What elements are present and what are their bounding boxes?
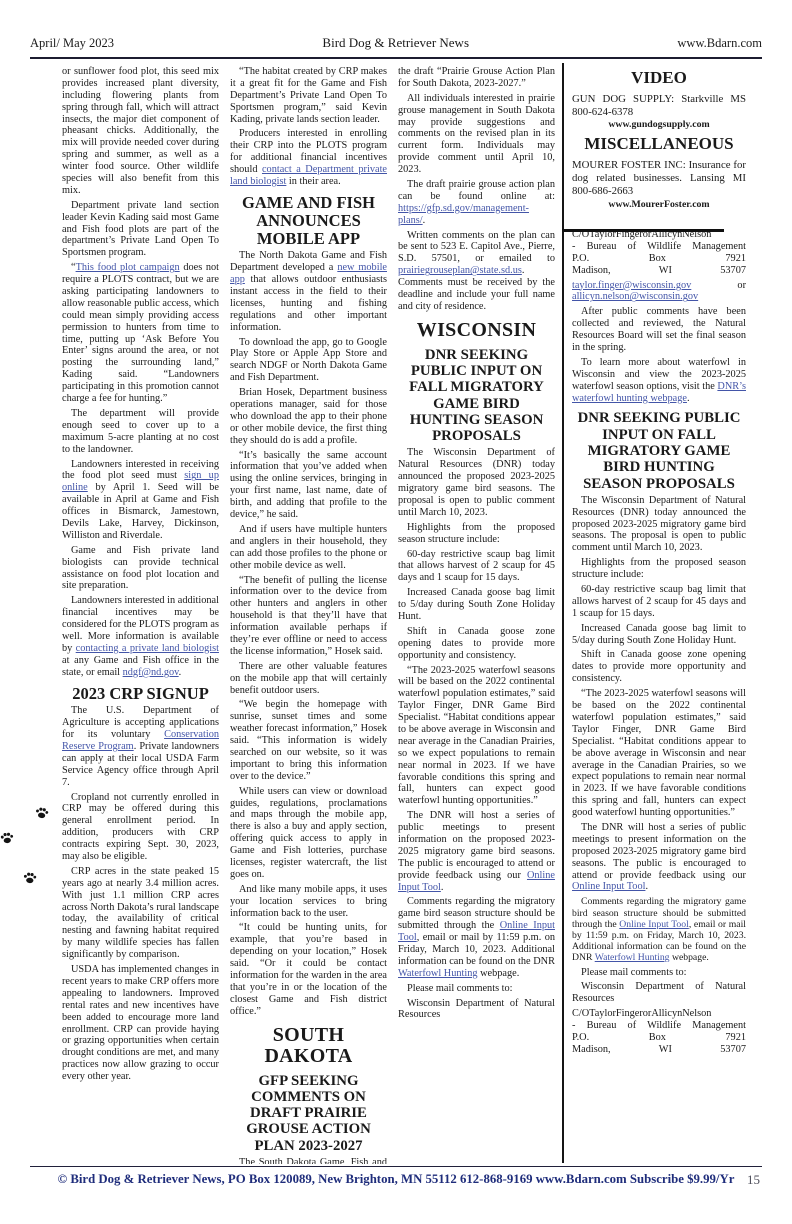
classifieds-box: VIDEOGUN DOG SUPPLY: Starkville MS 800-6…	[572, 66, 746, 229]
inline-link[interactable]: This food plot campaign	[76, 262, 180, 273]
paragraph: The department will provide enough seed …	[62, 408, 219, 456]
inline-link[interactable]: prairiegrouseplan@state.sd.us	[398, 265, 522, 276]
page-number: 15	[747, 1172, 760, 1188]
paragraph: After public comments have been collecte…	[572, 306, 746, 354]
paragraph: 60-day restrictive scaup bag limit that …	[398, 549, 555, 585]
paragraph: “The habitat created by CRP makes it a g…	[230, 66, 387, 125]
paragraph: Cropland not currently enrolled in CRP m…	[62, 792, 219, 863]
paragraph: All individuals interested in prairie gr…	[398, 93, 555, 176]
paragraph: the draft “Prairie Grouse Action Plan fo…	[398, 66, 555, 90]
paragraph: Landowners interested in additional fina…	[62, 595, 219, 678]
column-1: or sunflower food plot, this seed mix pr…	[62, 66, 219, 1164]
paragraph: The DNR will host a series of public mee…	[572, 822, 746, 893]
paragraph: Comments regarding the migratory game bi…	[398, 896, 555, 979]
article-heading: WISCONSIN	[398, 320, 555, 341]
address-line: P.O. Box 7921	[572, 1032, 746, 1044]
paragraph: “It could be hunting units, for example,…	[230, 922, 387, 1017]
paragraph: Landowners interested in receiving the f…	[62, 459, 219, 542]
newspaper-page: April/ May 2023 Bird Dog & Retriever New…	[0, 0, 792, 1224]
header-rule	[30, 57, 762, 59]
paw-print-icon	[34, 805, 50, 820]
ad-listing: MOURER FOSTER INC: Insurance for dog rel…	[572, 159, 746, 197]
paragraph: “We begin the homepage with sunrise, sun…	[230, 699, 387, 782]
article-heading: GAME AND FISH ANNOUNCES MOBILE APP	[230, 194, 387, 247]
ad-category-heading: MISCELLANEOUS	[572, 134, 746, 154]
inline-link[interactable]: sign up online	[62, 470, 219, 493]
address-line: C/OTaylorFingerorAllicynNelson	[572, 1008, 746, 1020]
paragraph: The draft prairie grouse action plan can…	[398, 179, 555, 227]
article-heading: SOUTH DAKOTA	[230, 1025, 387, 1067]
paragraph: The Wisconsin Department of Natural Reso…	[398, 447, 555, 518]
paragraph: Please mail comments to:	[572, 967, 746, 979]
paragraph: While users can view or download guides,…	[230, 786, 387, 881]
paragraph: Producers interested in enrolling their …	[230, 128, 387, 187]
column-3: the draft “Prairie Grouse Action Plan fo…	[398, 66, 555, 1164]
inline-link[interactable]: Online Input Tool	[619, 919, 689, 930]
paragraph: The South Dakota Game, Fish and Parks (G…	[230, 1157, 387, 1164]
paragraph: Comments regarding the migratory game bi…	[572, 896, 746, 963]
paragraph: “It’s basically the same account informa…	[230, 450, 387, 521]
website-label: www.Bdarn.com	[677, 36, 762, 51]
paragraph: or sunflower food plot, this seed mix pr…	[62, 66, 219, 197]
paragraph: “The 2023-2025 waterfowl seasons will be…	[398, 665, 555, 808]
paragraph: The North Dakota Game and Fish Departmen…	[230, 250, 387, 333]
paragraph: Wisconsin Department of Natural Resource…	[398, 998, 555, 1022]
address-line: P.O. Box 7921	[572, 253, 746, 265]
address-block: C/OTaylorFingerorAllicynNelson- Bureau o…	[572, 1008, 746, 1056]
paragraph: 60-day restrictive scaup bag limit that …	[572, 584, 746, 620]
inline-link[interactable]: Online Input Tool	[398, 870, 555, 893]
column-2: “The habitat created by CRP makes it a g…	[230, 66, 387, 1164]
paragraph: USDA has implemented changes in recent y…	[62, 964, 219, 1083]
article-heading: DNR SEEKING PUBLIC INPUT ON FALL MIGRATO…	[398, 347, 555, 445]
ad-listing: GUN DOG SUPPLY: Starkville MS 800-624-63…	[572, 93, 746, 118]
paragraph: Written comments on the plan can be sent…	[398, 230, 555, 313]
paragraph: Highlights from the proposed season stru…	[398, 522, 555, 546]
inline-link[interactable]: new mobile app	[230, 262, 387, 285]
address-line: Madison, WI 53707	[572, 265, 746, 277]
article-heading: GFP SEEKING COMMENTS ON DRAFT PRAIRIE GR…	[230, 1073, 387, 1154]
footer-text: © Bird Dog & Retriever News, PO Box 1200…	[0, 1172, 792, 1187]
paragraph: To download the app, go to Google Play S…	[230, 337, 387, 385]
footer-rule	[30, 1166, 762, 1167]
address-line: Madison, WI 53707	[572, 1044, 746, 1056]
paragraph: Shift in Canada goose zone opening dates…	[572, 649, 746, 685]
address-line: - Bureau of Wildlife Management	[572, 241, 746, 253]
paragraph: There are other valuable features on the…	[230, 661, 387, 697]
inline-link[interactable]: ndgf@nd.gov	[123, 667, 179, 678]
inline-link[interactable]: https://gfp.sd.gov/management-plans/	[398, 203, 529, 226]
paragraph: The DNR will host a series of public mee…	[398, 810, 555, 893]
paw-print-icon	[0, 830, 15, 844]
paragraph: And if users have multiple hunters and a…	[230, 524, 387, 572]
inline-link[interactable]: allicyn.nelson@wisconsin.gov	[572, 291, 698, 302]
paragraph: The Wisconsin Department of Natural Reso…	[572, 495, 746, 554]
inline-link[interactable]: Waterfowl Hunting	[398, 968, 478, 979]
paragraph: Shift in Canada goose zone opening dates…	[398, 626, 555, 662]
paragraph: And like many mobile apps, it uses your …	[230, 884, 387, 920]
inline-link[interactable]: Online Input Tool	[398, 920, 555, 943]
address-line: - Bureau of Wildlife Management	[572, 1020, 746, 1032]
ad-url: www.gundogsupply.com	[572, 119, 746, 130]
paragraph: Department private land section leader K…	[62, 200, 219, 259]
paragraph: Increased Canada goose bag limit to 5/da…	[572, 623, 746, 647]
paragraph: “The benefit of pulling the license info…	[230, 575, 387, 658]
paragraph: To learn more about waterfowl in Wiscons…	[572, 357, 746, 405]
paragraph: Please mail comments to:	[398, 983, 555, 995]
classifieds-divider-rule	[562, 229, 724, 232]
ad-category-heading: VIDEO	[572, 68, 746, 88]
issue-date: April/ May 2023	[30, 36, 114, 51]
paragraph: CRP acres in the state peaked 15 years a…	[62, 866, 219, 961]
inline-link[interactable]: DNR’s waterfowl hunting webpage	[572, 381, 746, 404]
inline-link[interactable]: taylor.finger@wisconsin.gov	[572, 280, 691, 291]
paragraph: Highlights from the proposed season stru…	[572, 557, 746, 581]
paragraph: Game and Fish private land biologists ca…	[62, 545, 219, 593]
article-heading: 2023 CRP SIGNUP	[62, 685, 219, 703]
paragraph: “This food plot campaign does not requir…	[62, 262, 219, 405]
article-heading: DNR SEEKING PUBLIC INPUT ON FALL MIGRATO…	[572, 410, 746, 491]
paragraph: The U.S. Department of Agriculture is ac…	[62, 705, 219, 788]
ad-url: www.MourerFoster.com	[572, 199, 746, 210]
paragraph: Brian Hosek, Department business operati…	[230, 387, 387, 446]
inline-link[interactable]: Online Input Tool	[572, 881, 645, 892]
inline-link[interactable]: contacting a private land biologist	[76, 643, 219, 654]
page-header: April/ May 2023 Bird Dog & Retriever New…	[30, 35, 762, 51]
paragraph: taylor.finger@wisconsin.gov or allicyn.n…	[572, 280, 746, 304]
inline-link[interactable]: contact a Department private land biolog…	[230, 164, 387, 187]
column-separator-rule	[562, 63, 564, 1163]
column-4-articles: C/OTaylorFingerorAllicynNelson- Bureau o…	[572, 229, 746, 1056]
paw-print-icon	[23, 871, 38, 885]
paragraph: Wisconsin Department of Natural Resource…	[572, 981, 746, 1005]
inline-link[interactable]: Waterfowl Hunting	[595, 952, 670, 963]
paragraph: Increased Canada goose bag limit to 5/da…	[398, 587, 555, 623]
paragraph: “The 2023-2025 waterfowl seasons will be…	[572, 688, 746, 819]
inline-link[interactable]: Conservation Reserve Program	[62, 729, 219, 752]
address-block: C/OTaylorFingerorAllicynNelson- Bureau o…	[572, 229, 746, 277]
paper-title: Bird Dog & Retriever News	[322, 35, 469, 51]
